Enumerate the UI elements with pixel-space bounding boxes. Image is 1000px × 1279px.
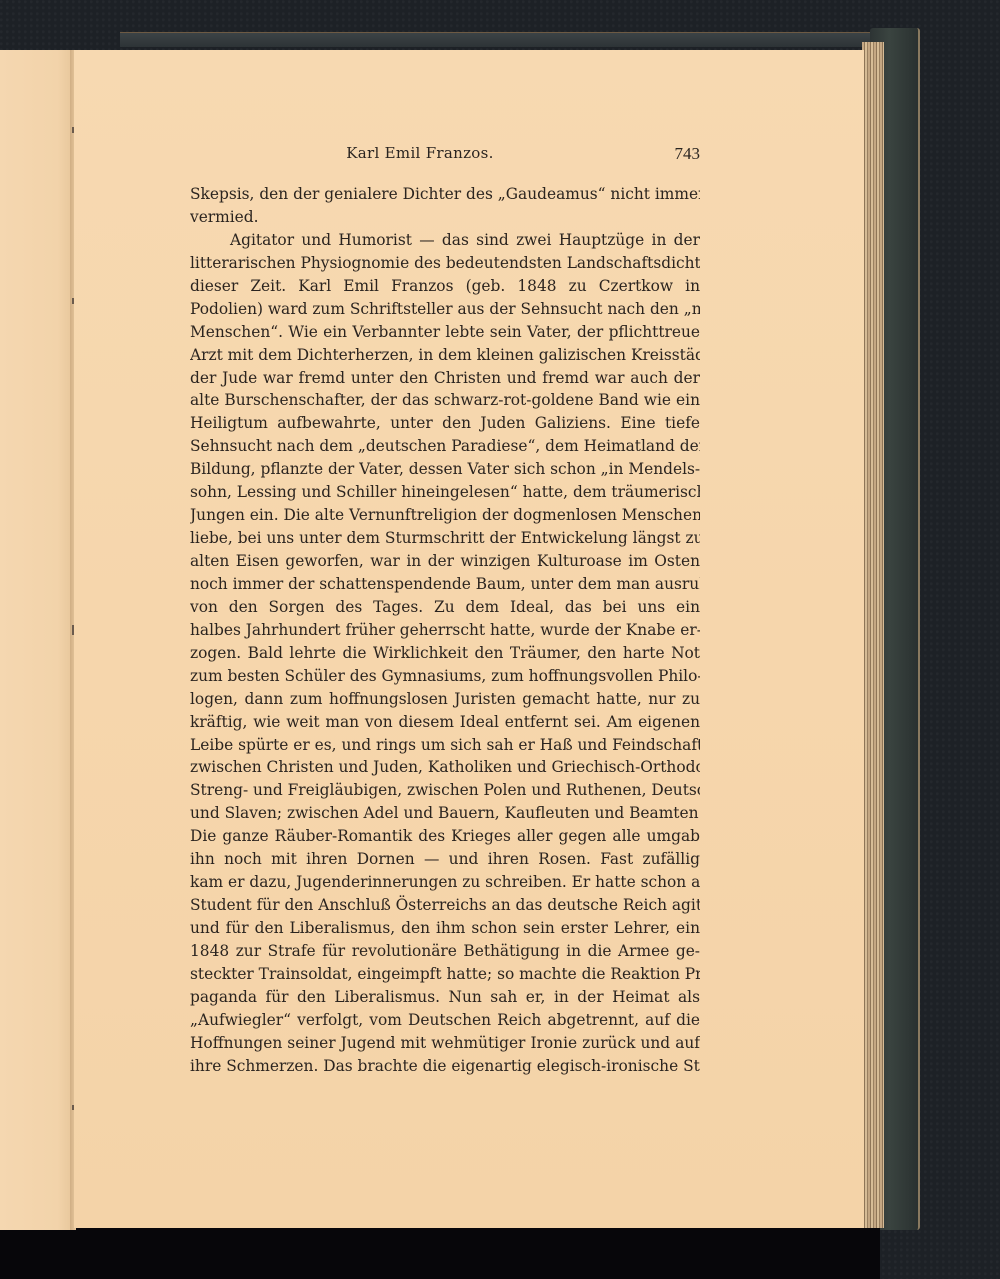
text-line: Menschen“. Wie ein Verbannter lebte sein… bbox=[190, 321, 700, 344]
text-line: Agitator und Humorist — das sind zwei Ha… bbox=[190, 229, 700, 252]
text-line: logen, dann zum hoffnungslosen Juristen … bbox=[190, 688, 700, 711]
text-line: steckter Trainsoldat, eingeimpft hatte; … bbox=[190, 963, 700, 986]
text-line: halbes Jahrhundert früher geherrscht hat… bbox=[190, 619, 700, 642]
text-line: litterarischen Physiognomie des bedeuten… bbox=[190, 252, 700, 275]
text-line: kam er dazu, Jugenderinnerungen zu schre… bbox=[190, 871, 700, 894]
page-number: 743 bbox=[675, 144, 701, 164]
text-line: noch immer der schattenspendende Baum, u… bbox=[190, 573, 700, 596]
text-line: kräftig, wie weit man von diesem Ideal e… bbox=[190, 711, 700, 734]
text-line: Bildung, pflanzte der Vater, dessen Vate… bbox=[190, 458, 700, 481]
text-line: Sehnsucht nach dem „deutschen Paradiese“… bbox=[190, 435, 700, 458]
text-line: alte Burschenschafter, der das schwarz-r… bbox=[190, 389, 700, 412]
text-line: Skepsis, den der genialere Dichter des „… bbox=[190, 183, 700, 206]
text-line: ihn noch mit ihren Dornen — und ihren Ro… bbox=[190, 848, 700, 871]
text-line: sohn, Lessing und Schiller hineingelesen… bbox=[190, 481, 700, 504]
text-line: „Aufwiegler“ verfolgt, vom Deutschen Rei… bbox=[190, 1009, 700, 1032]
bottom-shadow bbox=[0, 1228, 880, 1279]
text-line: Arzt mit dem Dichterherzen, in dem klein… bbox=[190, 344, 700, 367]
text-line: und Slaven; zwischen Adel und Bauern, Ka… bbox=[190, 802, 700, 825]
running-head-title: Karl Emil Franzos. bbox=[180, 144, 660, 162]
text-line: zum besten Schüler des Gymnasiums, zum h… bbox=[190, 665, 700, 688]
text-line: Student für den Anschluß Österreichs an … bbox=[190, 894, 700, 917]
text-line: zwischen Christen und Juden, Katholiken … bbox=[190, 756, 700, 779]
text-line: paganda für den Liberalismus. Nun sah er… bbox=[190, 986, 700, 1009]
left-page-sliver bbox=[0, 50, 72, 1230]
text-line: von den Sorgen des Tages. Zu dem Ideal, … bbox=[190, 596, 700, 619]
text-line: 1848 zur Strafe für revolutionäre Bethät… bbox=[190, 940, 700, 963]
text-line: dieser Zeit. Karl Emil Franzos (geb. 184… bbox=[190, 275, 700, 298]
paragraph-2: Agitator und Humorist — das sind zwei Ha… bbox=[190, 229, 700, 1078]
body-text: Skepsis, den der genialere Dichter des „… bbox=[190, 183, 700, 1078]
text-line: Die ganze Räuber-Romantik des Krieges al… bbox=[190, 825, 700, 848]
text-line: Jungen ein. Die alte Vernunftreligion de… bbox=[190, 504, 700, 527]
running-head: Karl Emil Franzos. 743 bbox=[180, 144, 700, 166]
text-line: Heiligtum aufbewahrte, unter den Juden G… bbox=[190, 412, 700, 435]
paragraph-1: Skepsis, den der genialere Dichter des „… bbox=[190, 183, 700, 229]
text-line: zogen. Bald lehrte die Wirklichkeit den … bbox=[190, 642, 700, 665]
text-line: Podolien) ward zum Schriftsteller aus de… bbox=[190, 298, 700, 321]
text-line: Streng- und Freigläubigen, zwischen Pole… bbox=[190, 779, 700, 802]
page-block-edges bbox=[862, 42, 884, 1228]
text-line: Hoffnungen seiner Jugend mit wehmütiger … bbox=[190, 1032, 700, 1055]
text-line: und für den Liberalismus, den ihm schon … bbox=[190, 917, 700, 940]
text-line: ihre Schmerzen. Das brachte die eigenart… bbox=[190, 1055, 700, 1078]
text-line: liebe, bei uns unter dem Sturmschritt de… bbox=[190, 527, 700, 550]
text-line: der Jude war fremd unter den Christen un… bbox=[190, 367, 700, 390]
book-cover-top-edge bbox=[120, 32, 910, 47]
text-line: vermied. bbox=[190, 206, 700, 229]
text-line: alten Eisen geworfen, war in der winzige… bbox=[190, 550, 700, 573]
text-line: Leibe spürte er es, und rings um sich sa… bbox=[190, 734, 700, 757]
